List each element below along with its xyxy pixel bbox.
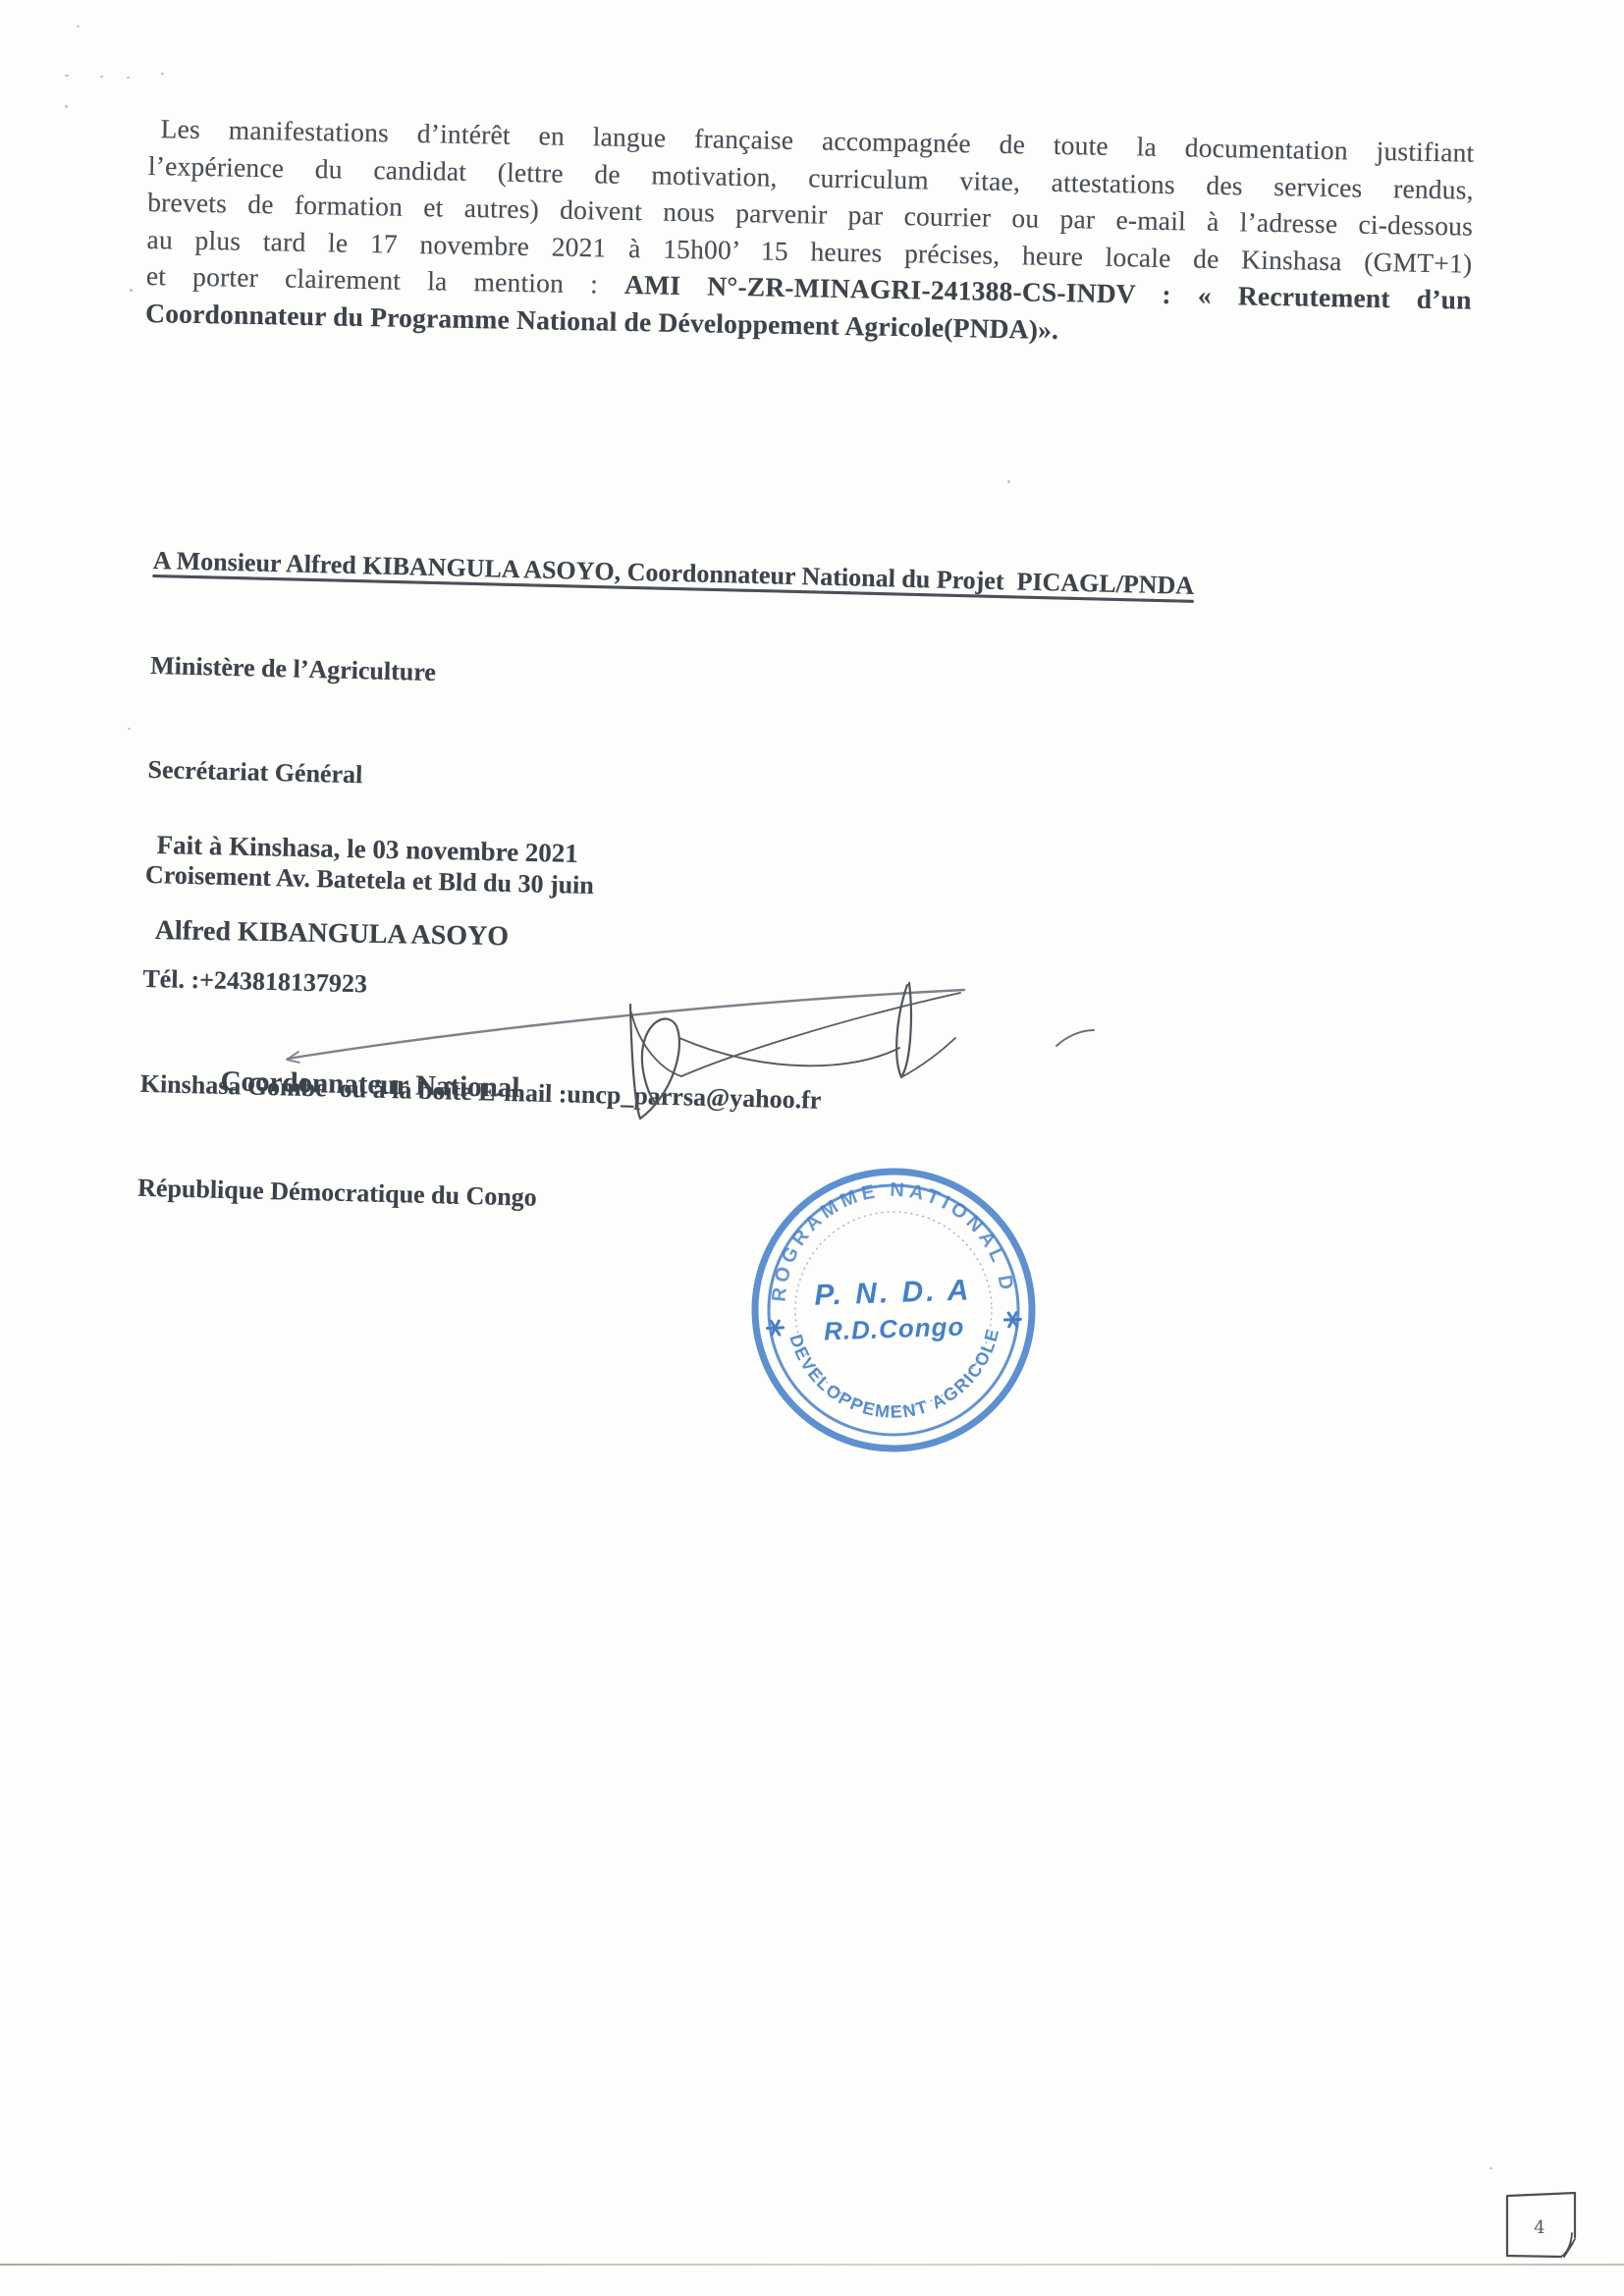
recipient-line: Croisement Av. Batetela et Bld du 30 jui… xyxy=(145,856,1187,916)
signatory-name: Alfred KIBANGULA ASOYO xyxy=(154,915,509,953)
scan-speck xyxy=(100,76,103,78)
scan-speck xyxy=(1489,2167,1492,2169)
scan-speck xyxy=(1007,480,1010,483)
mention-lead-text: et porter clairement la mention : xyxy=(146,260,625,300)
page-corner-curl xyxy=(1561,2233,1575,2257)
recipient-line: Tél. :+243818137923 xyxy=(142,961,1184,1021)
signatory-title: Coordonnateur National xyxy=(220,1066,519,1105)
scan-speck xyxy=(127,77,130,79)
stamp-center-acronym: P. N. D. A xyxy=(814,1274,972,1312)
scan-speck xyxy=(77,26,80,27)
recipient-block: A Monsieur Alfred KIBANGULA ASOYO, Coord… xyxy=(135,473,1196,1300)
recipient-heading: A Monsieur Alfred KIBANGULA ASOYO, Coord… xyxy=(152,543,1194,603)
stamp-graphics: PROGRAMME NATIONAL DE DEVELOPPEMENT AGRI… xyxy=(750,1167,1037,1453)
page-number-box: 4 xyxy=(1498,2184,1585,2270)
scan-speck xyxy=(65,75,69,77)
scan-edge-line xyxy=(0,2264,1624,2266)
scan-speck xyxy=(65,105,68,108)
scan-speck xyxy=(128,728,131,730)
stamp-center-country: R.D.Congo xyxy=(824,1311,965,1345)
scan-speck xyxy=(161,73,164,75)
recipient-line: Ministère de l’Agriculture xyxy=(150,647,1192,707)
scan-speck xyxy=(130,289,133,292)
pnda-stamp: PROGRAMME NATIONAL DE DEVELOPPEMENT AGRI… xyxy=(743,1160,1044,1460)
scanned-letter-page: Les manifestations d’intérêt en langue f… xyxy=(0,0,1624,2296)
recipient-line: Secrétariat Général xyxy=(147,752,1189,812)
page-number: 4 xyxy=(1534,2217,1544,2238)
intro-paragraph: Les manifestations d’intérêt en langue f… xyxy=(145,110,1475,355)
